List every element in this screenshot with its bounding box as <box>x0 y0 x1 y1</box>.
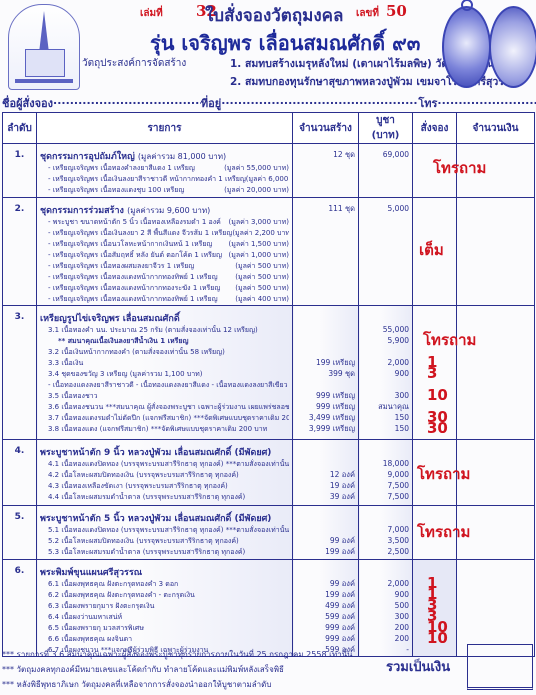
group-title-text: พระบูชาหน้าตัก 9 นิ้ว หลวงปู่พัวม เลื่อน… <box>40 448 271 458</box>
item-text: 3.7 เนื้อทองแดงรมดำไม่ตัดปีก (แจกฟรีสมาช… <box>48 413 289 424</box>
group-title-sub: (มูลค่ารวม 9,600 บาท) <box>127 206 210 215</box>
item-text: 3.5 เนื้อทองชาว <box>48 391 98 402</box>
item-text: 6.2 เนื้อผงพุทธคุณ ฝังตะกรุดทองคำ - ตะกร… <box>48 590 195 601</box>
item-text: - เหรียญเจริญพร เนื้อเงินลงยาสีราชาวดี ห… <box>48 174 246 185</box>
item-value: (มูลค่า 20,000 บาท) <box>224 185 289 196</box>
item-line: 3.2 เนื้อเงินหน้ากากทองคำ (ตามสั่งจองเท่… <box>40 347 289 358</box>
item-text: 5.2 เนื้อโลหะผสมปิดทองเงิน (บรรจุพระบรมส… <box>48 536 239 547</box>
item-value: (มูลค่า 55,000 บาท) <box>224 163 289 174</box>
item-text: 4.4 เนื้อโลหะผสมรมดำน้ำตาล (บรรจุพระบรมส… <box>48 492 245 503</box>
item-text: 3.1 เนื้อทองคำ นน. ประมาณ 25 กรัม (ตามสั… <box>48 325 258 336</box>
cell-no: 3. <box>3 306 37 440</box>
price-value: 2,500 <box>362 546 409 557</box>
item-line: 5.3 เนื้อโลหะผสมรมดำน้ำตาล (บรรจุพระบรมส… <box>40 547 289 558</box>
item-line: - พระบูชา ขนาดหน้าตัก 5 นิ้ว เนื้อทองเหล… <box>40 217 289 228</box>
price-value: 300 <box>362 390 409 401</box>
item-text: - เนื้อทองแดงลงยาสีราชาวดี - เนื้อทองแดง… <box>48 380 288 391</box>
item-line: - เหรียญเจริญพร เนื้อทองคำลงยาสีแดง 1 เห… <box>40 163 289 174</box>
qty-value: 3,499 เหรียญ <box>296 412 355 423</box>
price-value: 2,000 <box>362 357 409 368</box>
qty-value: 599 องค์ <box>296 611 355 622</box>
handwritten-order-note: โทรถาม <box>433 156 486 180</box>
phone-field[interactable] <box>437 94 536 112</box>
item-value: (มูลค่า 3,000 บาท) <box>229 217 289 228</box>
cell-amount[interactable] <box>457 306 535 440</box>
qty-value: 999 เหรียญ <box>296 401 355 412</box>
qty-value: 499 องค์ <box>296 600 355 611</box>
table-row: 3.เหรียญรูปไข่เจริญพร เลื่อนสมณศักดิ์ 3.… <box>3 306 535 440</box>
item-text: 3.3 เนื้อเงิน <box>48 358 83 369</box>
price-value: 2,000 <box>362 578 409 589</box>
qty-value: 399 ชุด <box>296 368 355 379</box>
qty-value <box>296 379 355 390</box>
price-value: 150 <box>362 412 409 423</box>
item-line: 4.2 เนื้อโลหะผสมปิดทองเงิน (บรรจุพระบรมส… <box>40 470 289 481</box>
medal-back-icon <box>489 6 536 88</box>
price-value: 9,000 <box>362 469 409 480</box>
group-title: ชุดกรรมการอุปถัมภ์ใหญ่ (มูลค่ารวม 81,000… <box>40 144 289 163</box>
qty-value: 199 องค์ <box>296 589 355 600</box>
item-text: - เหรียญเจริญพร เนื้อเงินลงยา 2 สี พื้นส… <box>48 228 232 239</box>
cell-price: 2,000900500300200200- <box>359 560 413 657</box>
cell-amount[interactable] <box>457 198 535 306</box>
qty-value: 12 ชุด <box>296 149 355 160</box>
cell-no: 6. <box>3 560 37 657</box>
item-text: 3.4 ชุดของขวัญ 3 เหรียญ (มูลค่ารวม 1,100… <box>48 369 202 380</box>
form-title: ใบสั่งจองวัตถุมงคล <box>205 2 343 29</box>
cell-item: ชุดกรรมการอุปถัมภ์ใหญ่ (มูลค่ารวม 81,000… <box>37 144 293 198</box>
group-title: พระพิมพ์ขุนแผนศรีสุวรรณ <box>40 560 289 579</box>
item-text: 4.3 เนื้อทองเหลืองขัดเงา (บรรจุพระบรมสาร… <box>48 481 228 492</box>
address-label: ที่อยู่ <box>201 94 221 112</box>
item-line: 6.1 เนื้อผงพุทธคุณ ฝังตะกรุดทองคำ 3 ดอก <box>40 579 289 590</box>
qty-value: 199 องค์ <box>296 546 355 557</box>
item-text: - เหรียญเจริญพร เนื้อทองแดงหน้ากากทองระฆ… <box>48 283 220 294</box>
item-line: - เหรียญเจริญพร เนื้อนวโลหะหน้ากากเงินหน… <box>40 239 289 250</box>
item-text: 3.2 เนื้อเงินหน้ากากทองคำ (ตามสั่งจองเท่… <box>48 347 225 358</box>
medal-front-icon <box>442 6 491 88</box>
item-text: 3.8 เนื้อทองแดง (แจกฟรีสมาชิก) ***จัดพิเ… <box>48 424 267 435</box>
item-line: 6.6 เนื้อผงพุทธคุณ ผงจินดา <box>40 634 289 645</box>
cell-amount[interactable] <box>457 560 535 657</box>
qty-value: 39 องค์ <box>296 491 355 502</box>
cell-price: 55,0005,9002,000900300สมนาคุณ150150 <box>359 306 413 440</box>
item-line: 3.7 เนื้อทองแดงรมดำไม่ตัดปีก (แจกฟรีสมาช… <box>40 413 289 424</box>
col-header-order: สั่งจอง <box>413 113 457 144</box>
qty-value: 111 ชุด <box>296 203 355 214</box>
price-value: 18,000 <box>362 458 409 469</box>
item-text: 5.1 เนื้อทองแดงปิดทอง (บรรจุพระบรมสารีริ… <box>48 525 289 536</box>
item-line: 3.3 เนื้อเงิน <box>40 358 289 369</box>
orderer-info-line: ชื่อผู้สั่งจอง ที่อยู่ โทร <box>2 94 536 112</box>
price-value: 7,000 <box>362 524 409 535</box>
cell-order[interactable]: โทรถาม <box>413 440 457 506</box>
qty-value: 3,999 เหรียญ <box>296 423 355 434</box>
footnote: *** รายการที่ 3.6 สมนาคุณเฉพาะผู้สั่งจอง… <box>2 647 402 662</box>
item-text: - พระบูชา ขนาดหน้าตัก 5 นิ้ว เนื้อทองเหล… <box>48 217 221 228</box>
item-line: 5.1 เนื้อทองแดงปิดทอง (บรรจุพระบรมสารีริ… <box>40 525 289 536</box>
cell-no: 5. <box>3 506 37 560</box>
number-label: เลขที่ <box>356 6 379 21</box>
item-text: 3.6 เนื้อทองชนวน ***สมนาคุณ ผู้สั่งจองพร… <box>48 402 289 413</box>
address-field[interactable] <box>221 94 418 112</box>
item-text: - เหรียญเจริญพร เนื้อทองผสมลงยาจีวร 1 เห… <box>48 261 194 272</box>
group-title: เหรียญรูปไข่เจริญพร เลื่อนสมณศักดิ์ <box>40 306 289 325</box>
cell-qty: 111 ชุด <box>293 198 359 306</box>
item-line: - เหรียญเจริญพร เนื้อทองผสมลงยาจีวร 1 เห… <box>40 261 289 272</box>
handwritten-order-qty: 3 <box>427 364 437 382</box>
book-label: เล่มที่ <box>140 6 163 21</box>
table-header-row: ลำดับ รายการ จำนวนสร้าง บูชา (บาท) สั่งจ… <box>3 113 535 144</box>
handwritten-order-qty: 30 <box>427 419 448 437</box>
qty-value: 99 องค์ <box>296 535 355 546</box>
cell-price: 69,000 <box>359 144 413 198</box>
item-line: 3.1 เนื้อทองคำ นน. ประมาณ 25 กรัม (ตามสั… <box>40 325 289 336</box>
item-line: - เหรียญเจริญพร เนื้อทองแดงหน้ากากทองทิพ… <box>40 294 289 305</box>
item-line: 4.3 เนื้อทองเหลืองขัดเงา (บรรจุพระบรมสาร… <box>40 481 289 492</box>
item-text: - เหรียญเจริญพร เนื้อสัมฤทธิ์ หลัง ยันต์… <box>48 250 222 261</box>
group-title-text: ชุดกรรมการอุปถัมภ์ใหญ่ <box>40 152 135 162</box>
handwritten-order-note: โทรถาม <box>423 328 476 352</box>
item-value: (มูลค่า 1,500 บาท) <box>229 239 289 250</box>
item-line: 3.6 เนื้อทองชนวน ***สมนาคุณ ผู้สั่งจองพร… <box>40 402 289 413</box>
price-value: 7,500 <box>362 491 409 502</box>
price-value: 900 <box>362 589 409 600</box>
price-value: 3,500 <box>362 535 409 546</box>
group-title-text: พระบูชาหน้าตัก 5 นิ้ว หลวงปู่พัวม เลื่อน… <box>40 514 271 524</box>
item-value: (มูลค่า 500 บาท) <box>235 261 289 272</box>
cell-price: 7,0003,5002,500 <box>359 506 413 560</box>
qty-value: 99 องค์ <box>296 578 355 589</box>
cell-qty: 12 ชุด <box>293 144 359 198</box>
item-text: - เหรียญเจริญพร เนื้อทองแดงหน้ากากทองทิพ… <box>48 272 218 283</box>
temple-emblem-icon <box>8 4 80 90</box>
price-value <box>362 379 409 390</box>
cell-qty: 199 เหรียญ399 ชุด999 เหรียญ999 เหรียญ3,4… <box>293 306 359 440</box>
total-label: รวมเป็นเงิน <box>386 656 450 677</box>
cell-order[interactable]: 11331010 <box>413 560 457 657</box>
group-title: พระบูชาหน้าตัก 9 นิ้ว หลวงปู่พัวม เลื่อน… <box>40 440 289 459</box>
qty-value: 12 องค์ <box>296 469 355 480</box>
item-line: - เหรียญเจริญพร เนื้อทองแดงหน้ากากทองทิพ… <box>40 272 289 283</box>
footnote: *** หลังพิธีพุทธาภิเษก วัตถุมงคลที่เหลือ… <box>2 677 402 692</box>
item-text: 6.1 เนื้อผงพุทธคุณ ฝังตะกรุดทองคำ 3 ดอก <box>48 579 178 590</box>
cell-price: 18,0009,0007,5007,500 <box>359 440 413 506</box>
item-line: 3.4 ชุดของขวัญ 3 เหรียญ (มูลค่ารวม 1,100… <box>40 369 289 380</box>
item-line: - เหรียญเจริญพร เนื้อเงินลงยาสีราชาวดี ห… <box>40 174 289 185</box>
price-value: 900 <box>362 368 409 379</box>
order-table: ลำดับ รายการ จำนวนสร้าง บูชา (บาท) สั่งจ… <box>2 112 535 657</box>
item-value: (มูลค่า 500 บาท) <box>235 283 289 294</box>
item-text: - เหรียญเจริญพร เนื้อทองแดงหน้ากากทองทิพ… <box>48 294 218 305</box>
cell-order[interactable]: เต็ม <box>413 198 457 306</box>
item-line: - เหรียญเจริญพร เนื้อเงินลงยา 2 สี พื้นส… <box>40 228 289 239</box>
group-title: ชุดกรรมการร่วมสร้าง (มูลค่ารวม 9,600 บาท… <box>40 198 289 217</box>
cell-order[interactable]: โทรถาม <box>413 144 457 198</box>
item-value: (มูลค่า 1,000 บาท) <box>229 250 289 261</box>
cell-qty: 99 องค์199 องค์ <box>293 506 359 560</box>
item-text: 6.5 เนื้อผงพรายกุ มวลสารพิเศษ <box>48 623 144 634</box>
handwritten-order-note: โทรถาม <box>417 520 470 544</box>
cell-qty: 12 องค์19 องค์39 องค์ <box>293 440 359 506</box>
item-value: (มูลค่า 6,000 บาท) <box>246 174 289 185</box>
price-value: 500 <box>362 600 409 611</box>
group-title-text: พระพิมพ์ขุนแผนศรีสุวรรณ <box>40 568 142 578</box>
item-line: 5.2 เนื้อโลหะผสมปิดทองเงิน (บรรจุพระบรมส… <box>40 536 289 547</box>
qty-value <box>296 458 355 469</box>
item-text: 6.3 เนื้อผงพรายกุมาร ฝังตะกรุดเงิน <box>48 601 154 612</box>
qty-value: 199 เหรียญ <box>296 357 355 368</box>
col-header-no: ลำดับ <box>3 113 37 144</box>
item-line: - เนื้อทองแดงลงยาสีราชาวดี - เนื้อทองแดง… <box>40 380 289 391</box>
qty-value: 19 องค์ <box>296 480 355 491</box>
item-text: 4.2 เนื้อโลหะผสมปิดทองเงิน (บรรจุพระบรมส… <box>48 470 239 481</box>
phone-label: โทร <box>418 94 437 112</box>
qty-value <box>296 335 355 346</box>
cell-order[interactable]: โทรถาม <box>413 506 457 560</box>
price-value: 69,000 <box>362 149 409 160</box>
price-value: 5,000 <box>362 203 409 214</box>
footnotes: *** รายการที่ 3.6 สมนาคุณเฉพาะผู้สั่งจอง… <box>2 647 402 692</box>
qty-value <box>296 524 355 535</box>
qty-value: 999 องค์ <box>296 633 355 644</box>
group-title-text: เหรียญรูปไข่เจริญพร เลื่อนสมณศักดิ์ <box>40 314 180 324</box>
footnote: *** วัตถุมงคลทุกองค์มีหมายเลขและโค้ดกำกั… <box>2 662 402 677</box>
item-line: 6.3 เนื้อผงพรายกุมาร ฝังตะกรุดเงิน <box>40 601 289 612</box>
item-line: 6.5 เนื้อผงพรายกุ มวลสารพิเศษ <box>40 623 289 634</box>
table-row: 6.พระพิมพ์ขุนแผนศรีสุวรรณ 6.1 เนื้อผงพุท… <box>3 560 535 657</box>
col-header-amount: จำนวนเงิน <box>457 113 535 144</box>
price-value: 55,000 <box>362 324 409 335</box>
table-row: 1.ชุดกรรมการอุปถัมภ์ใหญ่ (มูลค่ารวม 81,0… <box>3 144 535 198</box>
item-text: - เหรียญเจริญพร เนื้อนวโลหะหน้ากากเงินหน… <box>48 239 212 250</box>
col-header-item: รายการ <box>37 113 293 144</box>
item-line: ** สมนาคุณเนื้อเงินลงยาสีน้ำเงิน 1 เหรีย… <box>40 336 289 347</box>
item-line: 4.4 เนื้อโลหะผสมรมดำน้ำตาล (บรรจุพระบรมส… <box>40 492 289 503</box>
qty-value <box>296 346 355 357</box>
item-value: (มูลค่า 500 บาท) <box>235 272 289 283</box>
item-line: - เหรียญเจริญพร เนื้อทองแดงชุบ 100 เหรีย… <box>40 185 289 196</box>
item-text: - เหรียญเจริญพร เนื้อทองแดงชุบ 100 เหรีย… <box>48 185 184 196</box>
group-title-sub: (มูลค่ารวม 81,000 บาท) <box>138 152 226 161</box>
cell-item: พระบูชาหน้าตัก 5 นิ้ว หลวงปู่พัวม เลื่อน… <box>37 506 293 560</box>
item-line: 3.8 เนื้อทองแดง (แจกฟรีสมาชิก) ***จัดพิเ… <box>40 424 289 435</box>
price-value: 200 <box>362 622 409 633</box>
cell-price: 5,000 <box>359 198 413 306</box>
group-title-text: ชุดกรรมการร่วมสร้าง <box>40 206 124 216</box>
cell-qty: 99 องค์199 องค์499 องค์599 องค์999 องค์9… <box>293 560 359 657</box>
cell-no: 1. <box>3 144 37 198</box>
table-row: 5.พระบูชาหน้าตัก 5 นิ้ว หลวงปู่พัวม เลื่… <box>3 506 535 560</box>
number-value: 50 <box>386 2 407 20</box>
total-amount-field[interactable] <box>467 644 533 690</box>
handwritten-order-note: เต็ม <box>419 238 444 262</box>
item-text: 4.1 เนื้อทองแดงปิดทอง (บรรจุพระบรมสารีริ… <box>48 459 289 470</box>
cell-item: พระพิมพ์ขุนแผนศรีสุวรรณ 6.1 เนื้อผงพุทธค… <box>37 560 293 657</box>
group-title: พระบูชาหน้าตัก 5 นิ้ว หลวงปู่พัวม เลื่อน… <box>40 506 289 525</box>
cell-item: พระบูชาหน้าตัก 9 นิ้ว หลวงปู่พัวม เลื่อน… <box>37 440 293 506</box>
item-text: 6.4 เนื้อผงว่านมหาเสน่ห์ <box>48 612 122 623</box>
item-text: 5.3 เนื้อโลหะผสมรมดำน้ำตาล (บรรจุพระบรมส… <box>48 547 245 558</box>
item-line: - เหรียญเจริญพร เนื้อทองแดงหน้ากากทองระฆ… <box>40 283 289 294</box>
price-value: 5,900 <box>362 335 409 346</box>
item-text: - เหรียญเจริญพร เนื้อทองคำลงยาสีแดง 1 เห… <box>48 163 195 174</box>
price-value: 300 <box>362 611 409 622</box>
qty-value: 999 เหรียญ <box>296 390 355 401</box>
price-value: สมนาคุณ <box>362 401 409 412</box>
price-value: 200 <box>362 633 409 644</box>
handwritten-order-qty: 10 <box>427 629 448 647</box>
qty-value <box>296 324 355 335</box>
item-value: (มูลค่า 2,200 บาท) <box>232 228 289 239</box>
item-text: 6.6 เนื้อผงพุทธคุณ ผงจินดา <box>48 634 132 645</box>
col-header-qty: จำนวนสร้าง <box>293 113 359 144</box>
cell-no: 2. <box>3 198 37 306</box>
name-field[interactable] <box>53 94 201 112</box>
item-text: ** สมนาคุณเนื้อเงินลงยาสีน้ำเงิน 1 เหรีย… <box>58 336 188 347</box>
table-row: 2.ชุดกรรมการร่วมสร้าง (มูลค่ารวม 9,600 บ… <box>3 198 535 306</box>
qty-value: 999 องค์ <box>296 622 355 633</box>
purpose-label: วัตถุประสงค์การจัดสร้าง <box>82 56 186 71</box>
price-value <box>362 346 409 357</box>
cell-item: เหรียญรูปไข่เจริญพร เลื่อนสมณศักดิ์ 3.1 … <box>37 306 293 440</box>
item-line: 6.2 เนื้อผงพุทธคุณ ฝังตะกรุดทองคำ - ตะกร… <box>40 590 289 601</box>
name-label: ชื่อผู้สั่งจอง <box>2 94 53 112</box>
item-line: - เหรียญเจริญพร เนื้อสัมฤทธิ์ หลัง ยันต์… <box>40 250 289 261</box>
price-value: 7,500 <box>362 480 409 491</box>
handwritten-order-qty: 10 <box>427 386 448 404</box>
cell-no: 4. <box>3 440 37 506</box>
table-row: 4.พระบูชาหน้าตัก 9 นิ้ว หลวงปู่พัวม เลื่… <box>3 440 535 506</box>
col-header-price: บูชา (บาท) <box>359 113 413 144</box>
item-line: 6.4 เนื้อผงว่านมหาเสน่ห์ <box>40 612 289 623</box>
item-line: 3.5 เนื้อทองชาว <box>40 391 289 402</box>
handwritten-order-note: โทรถาม <box>417 462 470 486</box>
cell-item: ชุดกรรมการร่วมสร้าง (มูลค่ารวม 9,600 บาท… <box>37 198 293 306</box>
cell-order[interactable]: 13103030โทรถาม <box>413 306 457 440</box>
item-line: 4.1 เนื้อทองแดงปิดทอง (บรรจุพระบรมสารีริ… <box>40 459 289 470</box>
item-value: (มูลค่า 400 บาท) <box>235 294 289 305</box>
price-value: 150 <box>362 423 409 434</box>
